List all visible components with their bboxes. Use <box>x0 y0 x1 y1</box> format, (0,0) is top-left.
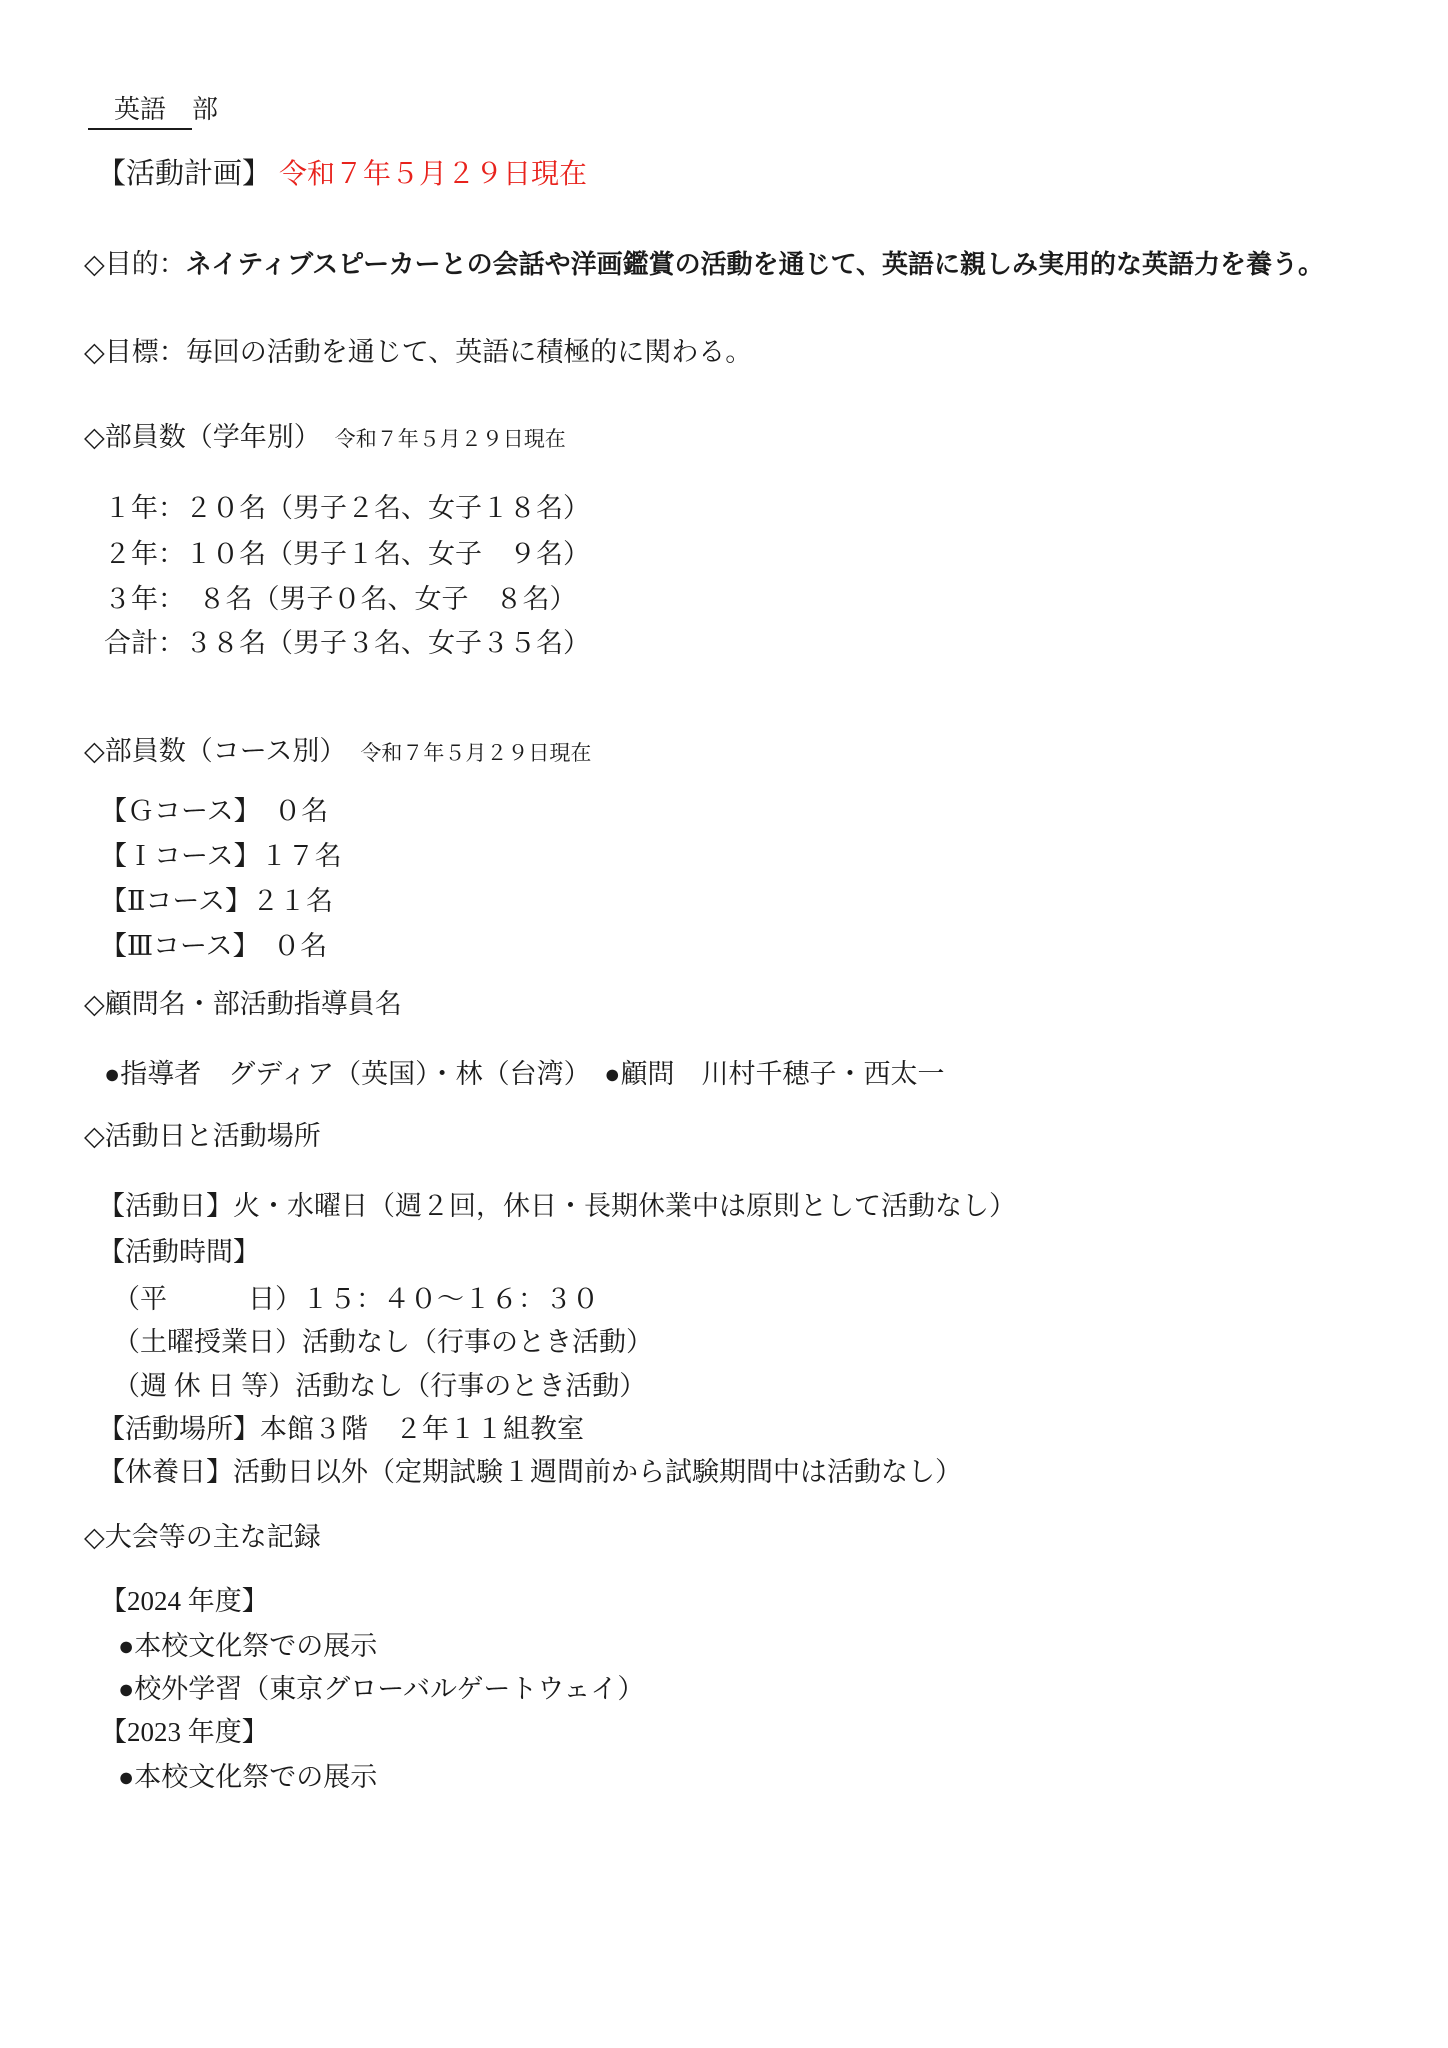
course-row-iii: 【Ⅲコース】 ０名 <box>100 930 327 964</box>
members-by-course-date: 令和７年５月２９日現在 <box>360 741 591 765</box>
record-bullet-2024-1: ●本校文化祭での展示 <box>118 1630 377 1664</box>
advisors-heading: ◇顧問名・部活動指導員名 <box>84 988 402 1022</box>
members-by-grade-heading-line: ◇部員数（学年別）令和７年５月２９日現在 <box>84 421 566 455</box>
course-row-i: 【Ｉコース】１７名 <box>100 840 342 874</box>
schedule-hours-label: 【活動時間】 <box>98 1236 260 1270</box>
grade-row-3: ３年： ８名（男子０名、女子 ８名） <box>104 583 577 617</box>
record-bullet-2024-2: ●校外学習（東京グローバルゲートウェイ） <box>118 1673 644 1707</box>
schedule-rest-day: 【休養日】活動日以外（定期試験１週間前から試験期間中は活動なし） <box>98 1456 962 1490</box>
grade-row-2: ２年：１０名（男子１名、女子 ９名） <box>104 538 590 572</box>
record-bullet-2023-1: ●本校文化祭での展示 <box>118 1761 377 1795</box>
members-by-grade-heading: ◇部員数（学年別） <box>84 422 321 452</box>
members-by-course-heading-line: ◇部員数（コース別）令和７年５月２９日現在 <box>84 735 591 769</box>
members-by-course-heading: ◇部員数（コース別） <box>84 736 346 766</box>
club-title-rest: 部 <box>192 95 218 124</box>
plan-header: 【活動計画】令和７年５月２９日現在 <box>97 156 587 192</box>
purpose-heading: ◇目的： <box>84 249 186 279</box>
schedule-holiday-hours: （週 休 日 等）活動なし（行事のとき活動） <box>113 1370 646 1404</box>
record-year-2023: 【2023 年度】 <box>100 1716 269 1750</box>
grade-row-total: 合計：３８名（男子３名、女子３５名） <box>104 627 590 661</box>
grade-row-1: １年：２０名（男子２名、女子１８名） <box>104 492 590 526</box>
record-year-2024: 【2024 年度】 <box>100 1585 269 1619</box>
schedule-place: 【活動場所】本館３階 ２年１１組教室 <box>98 1413 584 1447</box>
plan-label: 【活動計画】 <box>97 158 271 190</box>
schedule-heading: ◇活動日と活動場所 <box>84 1120 321 1154</box>
goal-text: 毎回の活動を通じて、英語に積極的に関わる。 <box>186 337 752 367</box>
course-row-ii: 【Ⅱコース】２１名 <box>100 885 333 919</box>
schedule-activity-day: 【活動日】火・水曜日（週２回，休日・長期休業中は原則として活動なし） <box>98 1190 1016 1224</box>
schedule-saturday-hours: （土曜授業日）活動なし（行事のとき活動） <box>113 1326 653 1360</box>
purpose-line: ◇目的：ネイティブスピーカーとの会話や洋画鑑賞の活動を通じて、英語に親しみ実用的… <box>84 248 1324 282</box>
goal-line: ◇目標：毎回の活動を通じて、英語に積極的に関わる。 <box>84 336 752 370</box>
advisors-line: ●指導者 グディア（英国）・林（台湾） ●顧問 川村千穂子・西太一 <box>104 1058 944 1092</box>
goal-heading: ◇目標： <box>84 337 186 367</box>
document-page: 英語 部 【活動計画】令和７年５月２９日現在 ◇目的：ネイティブスピーカーとの会… <box>0 0 1448 2048</box>
schedule-weekday-hours: （平 日）１５：４０～１６：３０ <box>113 1283 599 1317</box>
plan-date: 令和７年５月２９日現在 <box>279 159 587 190</box>
purpose-text: ネイティブスピーカーとの会話や洋画鑑賞の活動を通じて、英語に親しみ実用的な英語力… <box>186 249 1324 279</box>
course-row-g: 【Ｇコース】 ０名 <box>100 795 328 829</box>
records-heading: ◇大会等の主な記録 <box>84 1521 321 1555</box>
club-title: 英語 部 <box>88 94 218 127</box>
club-title-underlined: 英語 <box>88 95 192 130</box>
members-by-grade-date: 令和７年５月２９日現在 <box>335 427 566 451</box>
